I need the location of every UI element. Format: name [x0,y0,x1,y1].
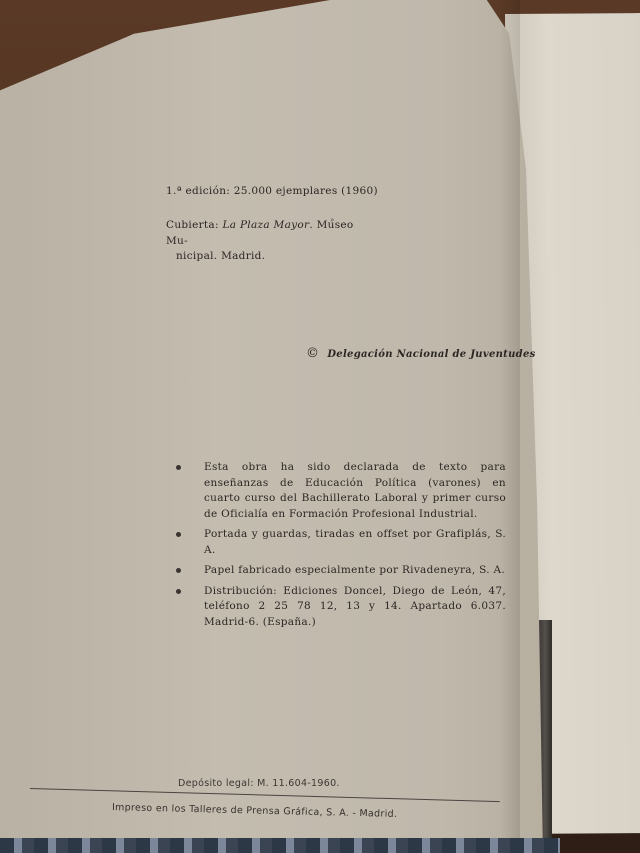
cover-credit: Cubierta: La Plaza Mayor. Museo Mu- nici… [166,218,366,265]
bullet-icon [176,568,181,573]
note-item: Portada y guardas, tiradas en offset por… [176,527,506,558]
note-item: Distribución: Ediciones Doncel, Diego de… [176,584,506,631]
note-text: Distribución: Ediciones Doncel, Diego de… [204,585,506,628]
publication-notes: Esta obra ha sido declarada de texto par… [176,460,506,635]
cover-label: Cubierta: [166,219,219,231]
page-gutter-shadow [500,0,520,853]
note-text: Esta obra ha sido declarada de texto par… [204,461,506,520]
cover-title: La Plaza Mayor [222,219,309,231]
edition-line: 1.ª edición: 25.000 ejemplares (1960) [166,184,378,200]
copyright-holder: Delegación Nacional de Juventudes [327,349,535,360]
cover-edge-pattern [0,838,560,853]
note-text: Papel fabricado especialmente por Rivade… [204,564,505,576]
ink-mark: » [330,216,336,222]
cover-credit-line2: nicipal. Madrid. [166,249,366,265]
bullet-icon [176,532,181,537]
bullet-icon [176,589,181,594]
book-page [0,0,554,845]
note-text: Portada y guardas, tiradas en offset por… [204,528,506,556]
copyright-icon: © [306,346,319,361]
bullet-icon [176,465,181,470]
legal-deposit: Depósito legal: M. 11.604-1960. [178,776,340,792]
note-item: Papel fabricado especialmente por Rivade… [176,563,506,579]
copyright-notice: ©Delegación Nacional de Juventudes [306,346,536,363]
note-item: Esta obra ha sido declarada de texto par… [176,460,506,522]
